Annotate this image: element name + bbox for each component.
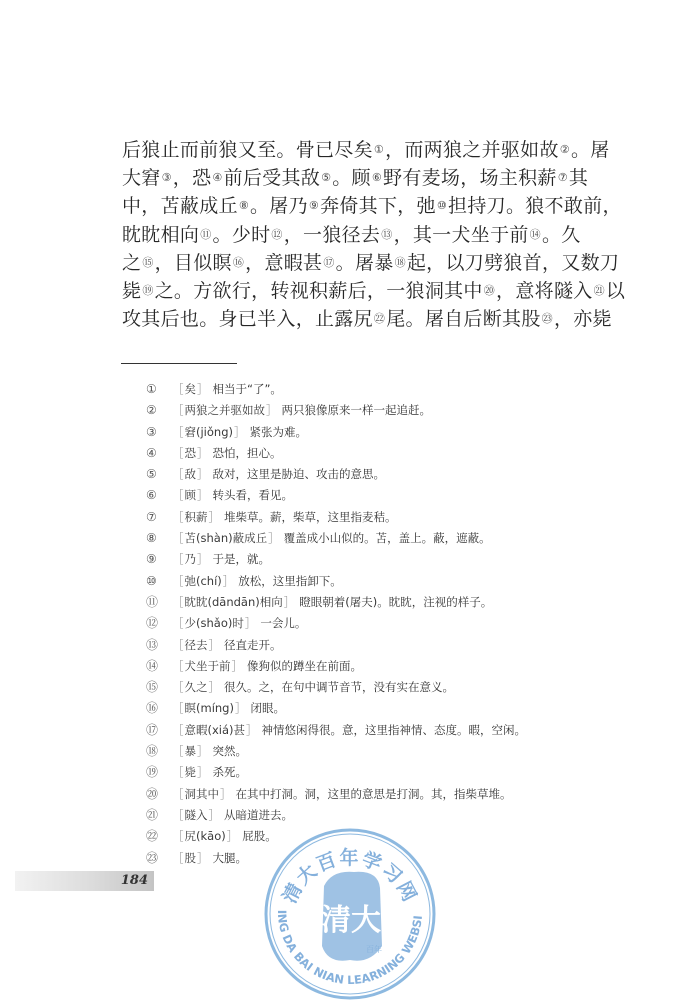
footnote-number: ⑱ [146, 741, 172, 762]
footnote-definition: 放松，这里指卸下。 [238, 571, 342, 592]
footnote-item: ⑩弛(chí)放松，这里指卸下。 [146, 571, 586, 592]
footnote-term: 积薪 [172, 507, 224, 528]
footnote-item: ⑥顾转头看，看见。 [146, 485, 586, 506]
footnote-term: 隧入 [172, 805, 224, 826]
watermark-stamp: 清大百年学习网 QING DA BAI NIAN LEARNING WEBSIT… [262, 826, 438, 1000]
passage-text: ，意暇甚 [245, 249, 322, 277]
footnote-definition: 瞪眼朝着(屠夫)。眈眈，注视的样子。 [299, 592, 492, 613]
footnote-definition: 杀死。 [213, 762, 248, 783]
footnote-item: ⑮久之很久。之，在句中调节音节，没有实在意义。 [146, 677, 586, 698]
footnote-term: 径去 [172, 635, 224, 656]
passage-line: 大窘③，恐④前后受其敌⑤。顾⑥野有麦场，场主积薪⑦其 [122, 164, 578, 192]
passage-line: 攻其后也。身已半入，止露尻㉒尾。屠自后断其股㉓，亦毙 [122, 305, 578, 333]
footnote-definition: 恐怕，担心。 [213, 443, 282, 464]
footnote-number: ⑨ [146, 549, 172, 570]
textbook-page: 后狼止而前狼又至。骨已尽矣①，而两狼之并驱如故②。屠大窘③，恐④前后受其敌⑤。顾… [0, 0, 700, 1000]
footnote-number: ⑭ [146, 656, 172, 677]
page-number: 184 [121, 871, 148, 891]
main-passage: 后狼止而前狼又至。骨已尽矣①，而两狼之并驱如故②。屠大窘③，恐④前后受其敌⑤。顾… [122, 136, 578, 333]
footnote-reference: ㉑ [594, 277, 605, 305]
footnote-term: 瞑(míng) [172, 698, 250, 719]
footnote-reference: ⑭ [530, 221, 541, 249]
footnote-number: ① [146, 379, 172, 400]
passage-text: ，意将隧入 [496, 277, 593, 305]
passage-text: 其 [569, 164, 588, 192]
footnote-definition: 两只狼像原来一样一起追赶。 [282, 400, 432, 421]
footnote-definition: 相当于“了”。 [213, 379, 282, 400]
footnote-item: ⑤敌敌对，这里是胁迫、攻击的意思。 [146, 464, 586, 485]
passage-line: 毙⑲之。方欲行，转视积薪后，一狼洞其中⑳，意将隧入㉑以 [122, 277, 578, 305]
footnote-definition: 闭眼。 [250, 698, 285, 719]
footnote-definition: 大腿。 [213, 848, 248, 869]
footnote-item: ④恐恐怕，担心。 [146, 443, 586, 464]
footnote-term: 少(shǎo)时 [172, 613, 260, 634]
footnote-term: 窘(jiǒng) [172, 422, 250, 443]
footnote-reference: ⑪ [200, 221, 211, 249]
footnote-number: ⑤ [146, 464, 172, 485]
footnote-term: 恐 [172, 443, 213, 464]
footnote-reference: ⑱ [395, 249, 406, 277]
footnote-definition: 很久。之，在句中调节音节，没有实在意义。 [224, 677, 454, 698]
passage-text: ，一狼径去 [284, 221, 381, 249]
footnote-number: ⑲ [146, 762, 172, 783]
footnote-item: ⑯瞑(míng)闭眼。 [146, 698, 586, 719]
footnote-number: ⑦ [146, 507, 172, 528]
footnote-reference: ⑩ [437, 192, 447, 220]
passage-text: 前后受其敌 [224, 164, 321, 192]
footnote-definition: 紧张为难。 [250, 422, 308, 443]
watermark-seal-small: 百年 [366, 944, 382, 954]
passage-text: 起，以刀劈狼首，又数刀 [407, 249, 619, 277]
passage-text: 中，苫蔽成丘 [122, 192, 238, 220]
passage-text: 后狼止而前狼又至。骨已尽矣 [122, 136, 373, 164]
footnote-term: 顾 [172, 485, 213, 506]
footnote-item: ①矣相当于“了”。 [146, 379, 586, 400]
footnote-number: ⑮ [146, 677, 172, 698]
passage-text: ，而两狼之并驱如故 [385, 136, 559, 164]
footnote-reference: ⑥ [372, 164, 382, 192]
footnote-definition: 径直走开。 [224, 635, 282, 656]
footnote-definition: 敌对，这里是胁迫、攻击的意思。 [213, 464, 386, 485]
footnote-definition: 堆柴草。薪，柴草，这里指麦秸。 [224, 507, 397, 528]
footnote-number: ⑳ [146, 784, 172, 805]
passage-text: 奔倚其下，弛 [320, 192, 436, 220]
footnote-item: ③窘(jiǒng)紧张为难。 [146, 422, 586, 443]
passage-line: 之⑮，目似瞑⑯，意暇甚⑰。屠暴⑱起，以刀劈狼首，又数刀 [122, 249, 578, 277]
footnote-reference: ⑦ [558, 164, 568, 192]
footnote-item: ⑪眈眈(dāndān)相向瞪眼朝着(屠夫)。眈眈，注视的样子。 [146, 592, 586, 613]
footnote-reference: ⑳ [484, 277, 495, 305]
footnote-item: ⑨乃于是，就。 [146, 549, 586, 570]
passage-line: 中，苫蔽成丘⑧。屠乃⑨奔倚其下，弛⑩担持刀。狼不敢前， [122, 192, 578, 220]
footnote-reference: ⑮ [142, 249, 153, 277]
footnotes-list: ①矣相当于“了”。②两狼之并驱如故两只狼像原来一样一起追赶。③窘(jiǒng)紧… [146, 379, 586, 869]
footnote-reference: ⑨ [309, 192, 319, 220]
passage-text: ，目似瞑 [155, 249, 232, 277]
footnote-item: ⑫少(shǎo)时一会儿。 [146, 613, 586, 634]
footnote-term: 股 [172, 848, 213, 869]
passage-text: 。顾 [332, 164, 371, 192]
passage-text: 。屠 [571, 136, 610, 164]
footnote-item: ⑦积薪堆柴草。薪，柴草，这里指麦秸。 [146, 507, 586, 528]
footnote-number: ② [146, 400, 172, 421]
footnote-number: ⑪ [146, 592, 172, 613]
footnote-term: 犬坐于前 [172, 656, 247, 677]
footnote-term: 两狼之并驱如故 [172, 400, 282, 421]
footnote-reference: ① [374, 136, 384, 164]
footnote-definition: 一会儿。 [260, 613, 306, 634]
footnote-term: 洞其中 [172, 784, 236, 805]
footnote-term: 敌 [172, 464, 213, 485]
passage-text: ，亦毙 [554, 305, 612, 333]
footnote-number: ⑯ [146, 698, 172, 719]
footnote-number: ③ [146, 422, 172, 443]
passage-text: 之。方欲行，转视积薪后，一狼洞其中 [155, 277, 483, 305]
footnote-item: ⑬径去径直走开。 [146, 635, 586, 656]
footnote-definition: 转头看，看见。 [213, 485, 294, 506]
footnote-number: ⑧ [146, 528, 172, 549]
footnote-reference: ⑯ [233, 249, 244, 277]
footnote-number: ㉒ [146, 826, 172, 847]
footnote-term: 久之 [172, 677, 224, 698]
passage-text: 。少时 [213, 221, 271, 249]
footnote-number: ㉓ [146, 848, 172, 869]
passage-text: 。屠暴 [336, 249, 394, 277]
footnote-number: ⑬ [146, 635, 172, 656]
footnote-reference: ㉓ [542, 305, 553, 333]
footnote-term: 矣 [172, 379, 213, 400]
footnote-item: ⑲毙杀死。 [146, 762, 586, 783]
passage-text: 。屠乃 [250, 192, 308, 220]
footnote-item: ②两狼之并驱如故两只狼像原来一样一起追赶。 [146, 400, 586, 421]
footnote-reference: ⑲ [142, 277, 153, 305]
footnote-reference: ⑤ [321, 164, 331, 192]
footnote-term: 毙 [172, 762, 213, 783]
passage-line: 眈眈相向⑪。少时⑫，一狼径去⑬，其一犬坐于前⑭。久 [122, 221, 578, 249]
footnote-number: ⑥ [146, 485, 172, 506]
footnote-reference: ⑬ [381, 221, 392, 249]
footnote-definition: 神情悠闲得很。意，这里指神情、态度。暇，空闲。 [262, 720, 527, 741]
footnote-number: ⑩ [146, 571, 172, 592]
footnote-reference: ⑧ [239, 192, 249, 220]
footnote-number: ⑫ [146, 613, 172, 634]
footnote-reference: ㉒ [374, 305, 385, 333]
footnote-item: ⑱暴突然。 [146, 741, 586, 762]
footnote-reference: ④ [212, 164, 222, 192]
footnote-separator [121, 363, 237, 364]
footnote-item: ⑳洞其中在其中打洞。洞，这里的意思是打洞。其，指柴草堆。 [146, 784, 586, 805]
footnote-term: 意暇(xiá)甚 [172, 720, 262, 741]
footnote-reference: ③ [162, 164, 172, 192]
footnote-number: ㉑ [146, 805, 172, 826]
passage-line: 后狼止而前狼又至。骨已尽矣①，而两狼之并驱如故②。屠 [122, 136, 578, 164]
footnote-item: ㉑隧入从暗道进去。 [146, 805, 586, 826]
footnote-definition: 像狗似的蹲坐在前面。 [247, 656, 362, 677]
footnote-reference: ⑰ [323, 249, 334, 277]
footnote-term: 尻(kāo) [172, 826, 242, 847]
page-number-bar: 184 [15, 871, 154, 891]
passage-text: 大窘 [122, 164, 161, 192]
footnote-term: 乃 [172, 549, 213, 570]
footnote-definition: 突然。 [213, 741, 248, 762]
footnote-definition: 从暗道进去。 [224, 805, 293, 826]
footnote-number: ④ [146, 443, 172, 464]
passage-text: 以 [606, 277, 625, 305]
passage-text: ，其一犬坐于前 [394, 221, 529, 249]
footnote-term: 暴 [172, 741, 213, 762]
footnote-item: ⑰意暇(xiá)甚神情悠闲得很。意，这里指神情、态度。暇，空闲。 [146, 720, 586, 741]
passage-text: 眈眈相向 [122, 221, 199, 249]
watermark-seal-text: 清大 [321, 903, 381, 938]
footnote-item: ⑭犬坐于前像狗似的蹲坐在前面。 [146, 656, 586, 677]
footnote-definition: 于是，就。 [213, 549, 271, 570]
footnote-term: 眈眈(dāndān)相向 [172, 592, 299, 613]
footnote-reference: ② [560, 136, 570, 164]
passage-text: 野有麦场，场主积薪 [383, 164, 557, 192]
passage-text: 担持刀。狼不敢前， [448, 192, 622, 220]
passage-text: 。久 [542, 221, 581, 249]
passage-text: 攻其后也。身已半入，止露尻 [122, 305, 373, 333]
footnote-number: ⑰ [146, 720, 172, 741]
footnote-item: ⑧苫(shàn)蔽成丘覆盖成小山似的。苫，盖上。蔽，遮蔽。 [146, 528, 586, 549]
passage-text: ，恐 [173, 164, 212, 192]
footnote-term: 苫(shàn)蔽成丘 [172, 528, 284, 549]
passage-text: 毙 [122, 277, 141, 305]
footnote-reference: ⑫ [271, 221, 282, 249]
footnote-definition: 覆盖成小山似的。苫，盖上。蔽，遮蔽。 [284, 528, 491, 549]
footnote-definition: 在其中打洞。洞，这里的意思是打洞。其，指柴草堆。 [236, 784, 512, 805]
passage-text: 尾。屠自后断其股 [386, 305, 540, 333]
passage-text: 之 [122, 249, 141, 277]
watermark-seal-icon: 清大百年学习网 QING DA BAI NIAN LEARNING WEBSIT… [262, 826, 438, 1000]
footnote-term: 弛(chí) [172, 571, 238, 592]
